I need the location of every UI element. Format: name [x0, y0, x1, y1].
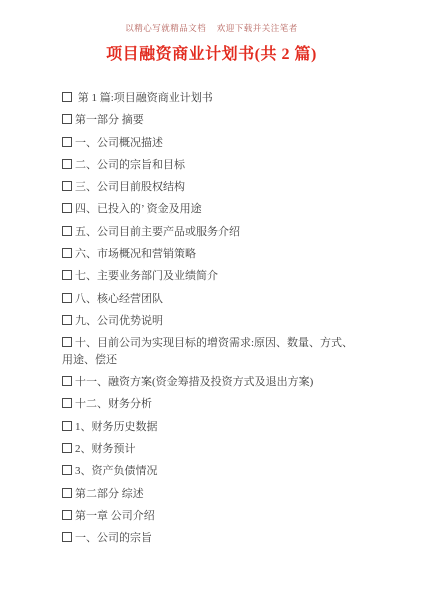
checkbox-icon: [62, 248, 72, 258]
outline-item: 十二、财务分析: [62, 396, 364, 413]
outline-item-text: 十一、融资方案(资金筹措及投资方式及退出方案): [75, 376, 313, 388]
outline-item-text: 八、核心经营团队: [75, 293, 163, 305]
outline-item: 一、公司的宗旨: [62, 530, 364, 547]
checkbox-icon: [62, 159, 72, 169]
outline-item-text: 一、公司概况描述: [75, 137, 163, 149]
checkbox-icon: [62, 376, 72, 386]
checkbox-icon: [62, 270, 72, 280]
outline-item-text: 1、财务历史数据: [75, 421, 158, 433]
outline-item: 十、目前公司为实现目标的增资需求:原因、数量、方式、用途、偿还: [62, 335, 364, 368]
checkbox-icon: [62, 532, 72, 542]
outline-item-text: 十、目前公司为实现目标的增资需求:原因、数量、方式、用途、偿还: [62, 337, 353, 366]
outline-item: 第二部分 综述: [62, 486, 364, 503]
outline-item-text: 十二、财务分析: [75, 398, 152, 410]
outline-item: 五、公司目前主要产品或服务介绍: [62, 224, 364, 241]
outline-item-text: 2、财务预计: [75, 443, 136, 455]
outline-item-text: 第二部分 综述: [75, 488, 144, 500]
outline-item: 三、公司目前股权结构: [62, 179, 364, 196]
outline-item-text: 第一章 公司介绍: [75, 510, 155, 522]
checkbox-icon: [62, 114, 72, 124]
checkbox-icon: [62, 337, 72, 347]
checkbox-icon: [62, 488, 72, 498]
outline-item-text: 七、主要业务部门及业绩简介: [75, 270, 218, 282]
checkbox-icon: [62, 181, 72, 191]
outline-item-text: 九、公司优势说明: [75, 315, 163, 327]
header-notice: 以精心写就精品文档 欢迎下载并关注笔者: [0, 22, 423, 34]
outline-item-text: 二、公司的宗旨和目标: [75, 159, 185, 171]
outline-item: 1、财务历史数据: [62, 419, 364, 436]
outline-item-text: 第一部分 摘要: [75, 114, 144, 126]
checkbox-icon: [62, 465, 72, 475]
outline-item-text: 六、市场概况和营销策略: [75, 248, 196, 260]
outline-item: 八、核心经营团队: [62, 291, 364, 308]
outline-item: 六、市场概况和营销策略: [62, 246, 364, 263]
outline-item-text: 五、公司目前主要产品或服务介绍: [75, 226, 240, 238]
outline-item-text: 三、公司目前股权结构: [75, 181, 185, 193]
outline-item-text: 第 1 篇:项目融资商业计划书: [75, 92, 213, 104]
outline-item-text: 3、资产负债情况: [75, 465, 158, 477]
outline-item: 九、公司优势说明: [62, 313, 364, 330]
checkbox-icon: [62, 315, 72, 325]
checkbox-icon: [62, 92, 72, 102]
checkbox-icon: [62, 226, 72, 236]
outline-item: 四、已投入的’ 资金及用途: [62, 201, 364, 218]
outline-item: 2、财务预计: [62, 441, 364, 458]
document-page: 以精心写就精品文档 欢迎下载并关注笔者 项目融资商业计划书(共 2 篇) 第 1…: [0, 0, 423, 600]
outline-item: 第一章 公司介绍: [62, 508, 364, 525]
outline-item: 第 1 篇:项目融资商业计划书: [62, 90, 364, 107]
outline-item-text: 四、已投入的’ 资金及用途: [75, 203, 202, 215]
checkbox-icon: [62, 510, 72, 520]
outline-item: 第一部分 摘要: [62, 112, 364, 129]
document-title: 项目融资商业计划书(共 2 篇): [0, 41, 423, 64]
checkbox-icon: [62, 293, 72, 303]
checkbox-icon: [62, 421, 72, 431]
outline-item: 十一、融资方案(资金筹措及投资方式及退出方案): [62, 374, 364, 391]
outline-item-text: 一、公司的宗旨: [75, 532, 152, 544]
outline-list: 第 1 篇:项目融资商业计划书 第一部分 摘要 一、公司概况描述 二、公司的宗旨…: [62, 90, 364, 552]
outline-item: 七、主要业务部门及业绩简介: [62, 268, 364, 285]
checkbox-icon: [62, 398, 72, 408]
outline-item: 一、公司概况描述: [62, 135, 364, 152]
outline-item: 二、公司的宗旨和目标: [62, 157, 364, 174]
checkbox-icon: [62, 203, 72, 213]
checkbox-icon: [62, 137, 72, 147]
outline-item: 3、资产负债情况: [62, 463, 364, 480]
checkbox-icon: [62, 443, 72, 453]
